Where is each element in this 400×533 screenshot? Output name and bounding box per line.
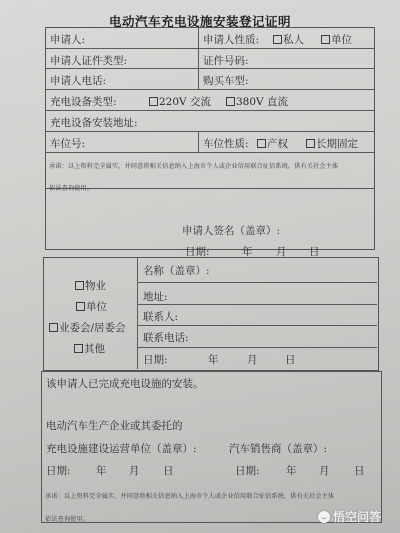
parking-option-owned[interactable]: 产权 bbox=[257, 136, 288, 151]
manufacturer-date-label: 日期: bbox=[46, 463, 71, 478]
property-option-other[interactable]: 其他 bbox=[74, 341, 105, 356]
column-divider bbox=[198, 27, 199, 89]
property-contact-phone-field[interactable]: 联系电话: bbox=[143, 330, 189, 345]
date-year[interactable]: 年 bbox=[208, 352, 219, 367]
equipment-type-label: 充电设备类型: bbox=[50, 94, 117, 109]
row-divider bbox=[137, 347, 377, 348]
parking-option-long-term[interactable]: 长期固定 bbox=[306, 136, 358, 151]
applicant-field[interactable]: 申请人: bbox=[50, 32, 85, 47]
checkbox[interactable] bbox=[226, 97, 235, 106]
row-divider bbox=[137, 304, 377, 305]
date-day[interactable]: 日 bbox=[354, 463, 365, 478]
checkbox[interactable] bbox=[75, 281, 84, 290]
row-divider bbox=[45, 110, 374, 111]
row-divider bbox=[45, 68, 374, 69]
checkbox[interactable] bbox=[149, 97, 158, 106]
property-contact-field[interactable]: 联系人: bbox=[143, 309, 178, 324]
applicant-nature-label: 申请人性质: bbox=[203, 32, 259, 47]
watermark: 悟空问答 bbox=[318, 508, 381, 525]
property-option-management[interactable]: 物业 bbox=[75, 278, 106, 293]
manufacturer-label-line1: 电动汽车生产企业或其委托的 bbox=[46, 418, 183, 433]
install-address-field[interactable]: 充电设备安装地址: bbox=[50, 115, 138, 130]
date-month[interactable]: 月 bbox=[319, 463, 330, 478]
id-number-field[interactable]: 证件号码: bbox=[203, 53, 249, 68]
property-date-label: 日期: bbox=[143, 352, 168, 367]
row-divider bbox=[45, 89, 374, 90]
parking-number-field[interactable]: 车位号: bbox=[50, 136, 85, 151]
row-divider bbox=[137, 325, 377, 326]
wukong-logo-icon bbox=[318, 511, 330, 523]
property-name-field[interactable]: 名称（盖章）: bbox=[143, 263, 210, 278]
row-divider bbox=[45, 131, 374, 132]
id-type-field[interactable]: 申请人证件类型: bbox=[50, 53, 127, 68]
checkbox[interactable] bbox=[273, 35, 282, 44]
property-option-committee[interactable]: 业委会/居委会 bbox=[49, 320, 126, 335]
nature-option-private[interactable]: 私人 bbox=[273, 32, 304, 47]
manufacturer-seal-field[interactable]: 充电设施建设运营单位（盖章）: bbox=[46, 441, 197, 456]
date-month[interactable]: 月 bbox=[129, 463, 140, 478]
date-month[interactable]: 月 bbox=[247, 352, 258, 367]
phone-field[interactable]: 申请人电话: bbox=[50, 73, 106, 88]
column-divider bbox=[137, 257, 138, 369]
column-divider bbox=[198, 131, 199, 152]
row-divider bbox=[45, 152, 374, 153]
row-divider bbox=[137, 282, 377, 283]
promise-text-line1: 承诺：以上资料完全属实，并同意将相关信息纳入上海市个人或企业信用联合征信系统，供… bbox=[49, 161, 338, 170]
checkbox[interactable] bbox=[76, 302, 85, 311]
date-day[interactable]: 日 bbox=[285, 352, 296, 367]
checkbox[interactable] bbox=[257, 139, 266, 148]
promise-text-line2: 依法查询使用。 bbox=[45, 514, 89, 523]
checkbox[interactable] bbox=[74, 344, 83, 353]
date-day[interactable]: 日 bbox=[163, 463, 174, 478]
equipment-option-220v[interactable]: 220V 交流 bbox=[149, 94, 211, 109]
dealer-date-label: 日期: bbox=[235, 463, 260, 478]
applicant-signature-field[interactable]: 申请人签名（盖章）: bbox=[182, 223, 280, 238]
equipment-option-380v[interactable]: 380V 直流 bbox=[226, 94, 288, 109]
form-page: 电动汽车充电设施安装登记证明 申请人: 申请人性质: 私人 单位 申请人证件类型… bbox=[0, 0, 400, 533]
property-address-field[interactable]: 地址: bbox=[143, 289, 168, 304]
checkbox[interactable] bbox=[306, 139, 315, 148]
signature-section bbox=[45, 187, 375, 250]
date-year[interactable]: 年 bbox=[96, 463, 107, 478]
row-divider bbox=[45, 48, 374, 49]
car-model-field[interactable]: 购买车型: bbox=[203, 73, 249, 88]
completion-statement: 该申请人已完成充电设施的安装。 bbox=[46, 376, 204, 391]
checkbox[interactable] bbox=[49, 323, 58, 332]
promise-text-line1: 承诺：以上资料完全属实，并同意将相关信息纳入上海市个人或企业信用联合征信系统，供… bbox=[45, 491, 334, 500]
parking-nature-label: 车位性质: bbox=[203, 136, 249, 151]
checkbox[interactable] bbox=[321, 35, 330, 44]
nature-option-organization[interactable]: 单位 bbox=[321, 32, 352, 47]
property-option-organization[interactable]: 单位 bbox=[76, 299, 107, 314]
date-year[interactable]: 年 bbox=[286, 463, 297, 478]
dealer-seal-field[interactable]: 汽车销售商（盖章）: bbox=[229, 441, 327, 456]
